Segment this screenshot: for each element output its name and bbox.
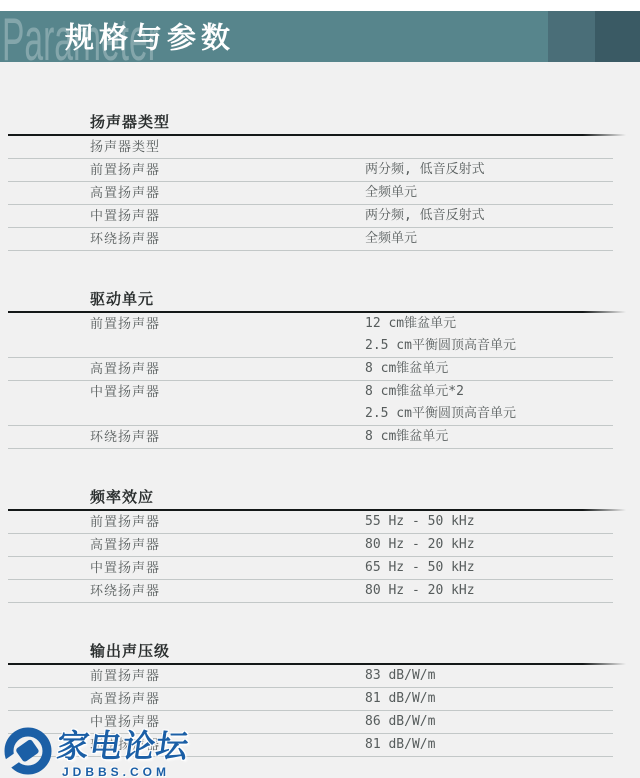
- row-values: 两分频, 低音反射式: [365, 159, 613, 181]
- row-label: 环绕扬声器: [8, 228, 365, 250]
- spec-row: 高置扬声器8 cm锥盆单元: [8, 358, 613, 381]
- jdbbs-watermark: 家电论坛 JDBBS.COM: [0, 720, 210, 778]
- section-heading: 驱动单元: [0, 289, 640, 311]
- row-value: 12 cm锥盆单元: [365, 313, 613, 335]
- row-label: 高置扬声器: [8, 534, 365, 556]
- section-heading: 频率效应: [0, 487, 640, 509]
- row-values: 81 dB/W/m: [365, 734, 613, 756]
- row-value: 55 Hz - 50 kHz: [365, 511, 613, 533]
- spec-row: 前置扬声器两分频, 低音反射式: [8, 159, 613, 182]
- spec-row: 高置扬声器80 Hz - 20 kHz: [8, 534, 613, 557]
- spec-row: 中置扬声器8 cm锥盆单元*22.5 cm平衡圆顶高音单元: [8, 381, 613, 426]
- spec-row: 环绕扬声器80 Hz - 20 kHz: [8, 580, 613, 603]
- header-accent-mid-block: [548, 11, 595, 62]
- row-label: 环绕扬声器: [8, 580, 365, 602]
- row-label: 扬声器类型: [8, 136, 365, 158]
- row-value: 8 cm锥盆单元: [365, 358, 613, 380]
- row-values: [365, 136, 613, 158]
- spec-section: 驱动单元前置扬声器12 cm锥盆单元2.5 cm平衡圆顶高音单元高置扬声器8 c…: [0, 289, 640, 449]
- row-values: 80 Hz - 20 kHz: [365, 534, 613, 556]
- row-value: 81 dB/W/m: [365, 734, 613, 756]
- row-value: 全频单元: [365, 228, 613, 250]
- row-label: 前置扬声器: [8, 511, 365, 533]
- spec-row: 扬声器类型: [8, 136, 613, 159]
- spec-table: 扬声器类型扬声器类型前置扬声器两分频, 低音反射式高置扬声器全频单元中置扬声器两…: [0, 62, 640, 757]
- row-values: 86 dB/W/m: [365, 711, 613, 733]
- row-values: 80 Hz - 20 kHz: [365, 580, 613, 602]
- row-values: 8 cm锥盆单元*22.5 cm平衡圆顶高音单元: [365, 381, 613, 425]
- row-values: 55 Hz - 50 kHz: [365, 511, 613, 533]
- row-value: 2.5 cm平衡圆顶高音单元: [365, 335, 613, 357]
- jdbbs-brand-text: 家电论坛: [54, 721, 192, 767]
- row-values: 12 cm锥盆单元2.5 cm平衡圆顶高音单元: [365, 313, 613, 357]
- spec-row: 高置扬声器全频单元: [8, 182, 613, 205]
- row-value: 两分频, 低音反射式: [365, 159, 613, 181]
- row-value: 8 cm锥盆单元: [365, 426, 613, 448]
- row-values: 8 cm锥盆单元: [365, 426, 613, 448]
- spec-section: 频率效应前置扬声器55 Hz - 50 kHz高置扬声器80 Hz - 20 k…: [0, 487, 640, 603]
- row-label: 中置扬声器: [8, 205, 365, 227]
- section-heading: 扬声器类型: [0, 112, 640, 134]
- spec-row: 环绕扬声器全频单元: [8, 228, 613, 251]
- row-values: 83 dB/W/m: [365, 665, 613, 687]
- row-values: 81 dB/W/m: [365, 688, 613, 710]
- row-label: 前置扬声器: [8, 159, 365, 181]
- row-value: 两分频, 低音反射式: [365, 205, 613, 227]
- row-label: 中置扬声器: [8, 381, 365, 425]
- row-label: 高置扬声器: [8, 358, 365, 380]
- row-values: 两分频, 低音反射式: [365, 205, 613, 227]
- spec-row: 前置扬声器12 cm锥盆单元2.5 cm平衡圆顶高音单元: [8, 313, 613, 358]
- row-values: 全频单元: [365, 228, 613, 250]
- row-value: 8 cm锥盆单元*2: [365, 381, 613, 403]
- header-band: Parameter 规格与参数: [0, 11, 640, 62]
- jdbbs-logo-icon: [1, 724, 55, 778]
- section-heading: 输出声压级: [0, 641, 640, 663]
- row-value: 80 Hz - 20 kHz: [365, 580, 613, 602]
- row-label: 环绕扬声器: [8, 426, 365, 448]
- spec-row: 前置扬声器83 dB/W/m: [8, 665, 613, 688]
- spec-row: 中置扬声器65 Hz - 50 kHz: [8, 557, 613, 580]
- row-value: 65 Hz - 50 kHz: [365, 557, 613, 579]
- row-value: 80 Hz - 20 kHz: [365, 534, 613, 556]
- row-value: [365, 136, 613, 158]
- row-value: 83 dB/W/m: [365, 665, 613, 687]
- row-value: 81 dB/W/m: [365, 688, 613, 710]
- row-value: 86 dB/W/m: [365, 711, 613, 733]
- row-value: 2.5 cm平衡圆顶高音单元: [365, 403, 613, 425]
- row-label: 前置扬声器: [8, 313, 365, 357]
- row-values: 65 Hz - 50 kHz: [365, 557, 613, 579]
- row-values: 8 cm锥盆单元: [365, 358, 613, 380]
- spec-row: 中置扬声器两分频, 低音反射式: [8, 205, 613, 228]
- spec-section: 扬声器类型扬声器类型前置扬声器两分频, 低音反射式高置扬声器全频单元中置扬声器两…: [0, 112, 640, 251]
- spec-row: 环绕扬声器8 cm锥盆单元: [8, 426, 613, 449]
- spec-row: 高置扬声器81 dB/W/m: [8, 688, 613, 711]
- row-label: 高置扬声器: [8, 688, 365, 710]
- row-label: 前置扬声器: [8, 665, 365, 687]
- top-white-strip: [0, 0, 640, 11]
- header-accent-dark-block: [595, 11, 640, 62]
- row-values: 全频单元: [365, 182, 613, 204]
- row-value: 全频单元: [365, 182, 613, 204]
- row-label: 中置扬声器: [8, 557, 365, 579]
- spec-row: 前置扬声器55 Hz - 50 kHz: [8, 511, 613, 534]
- jdbbs-domain-text: JDBBS.COM: [62, 765, 170, 778]
- page-title: 规格与参数: [65, 15, 235, 56]
- row-label: 高置扬声器: [8, 182, 365, 204]
